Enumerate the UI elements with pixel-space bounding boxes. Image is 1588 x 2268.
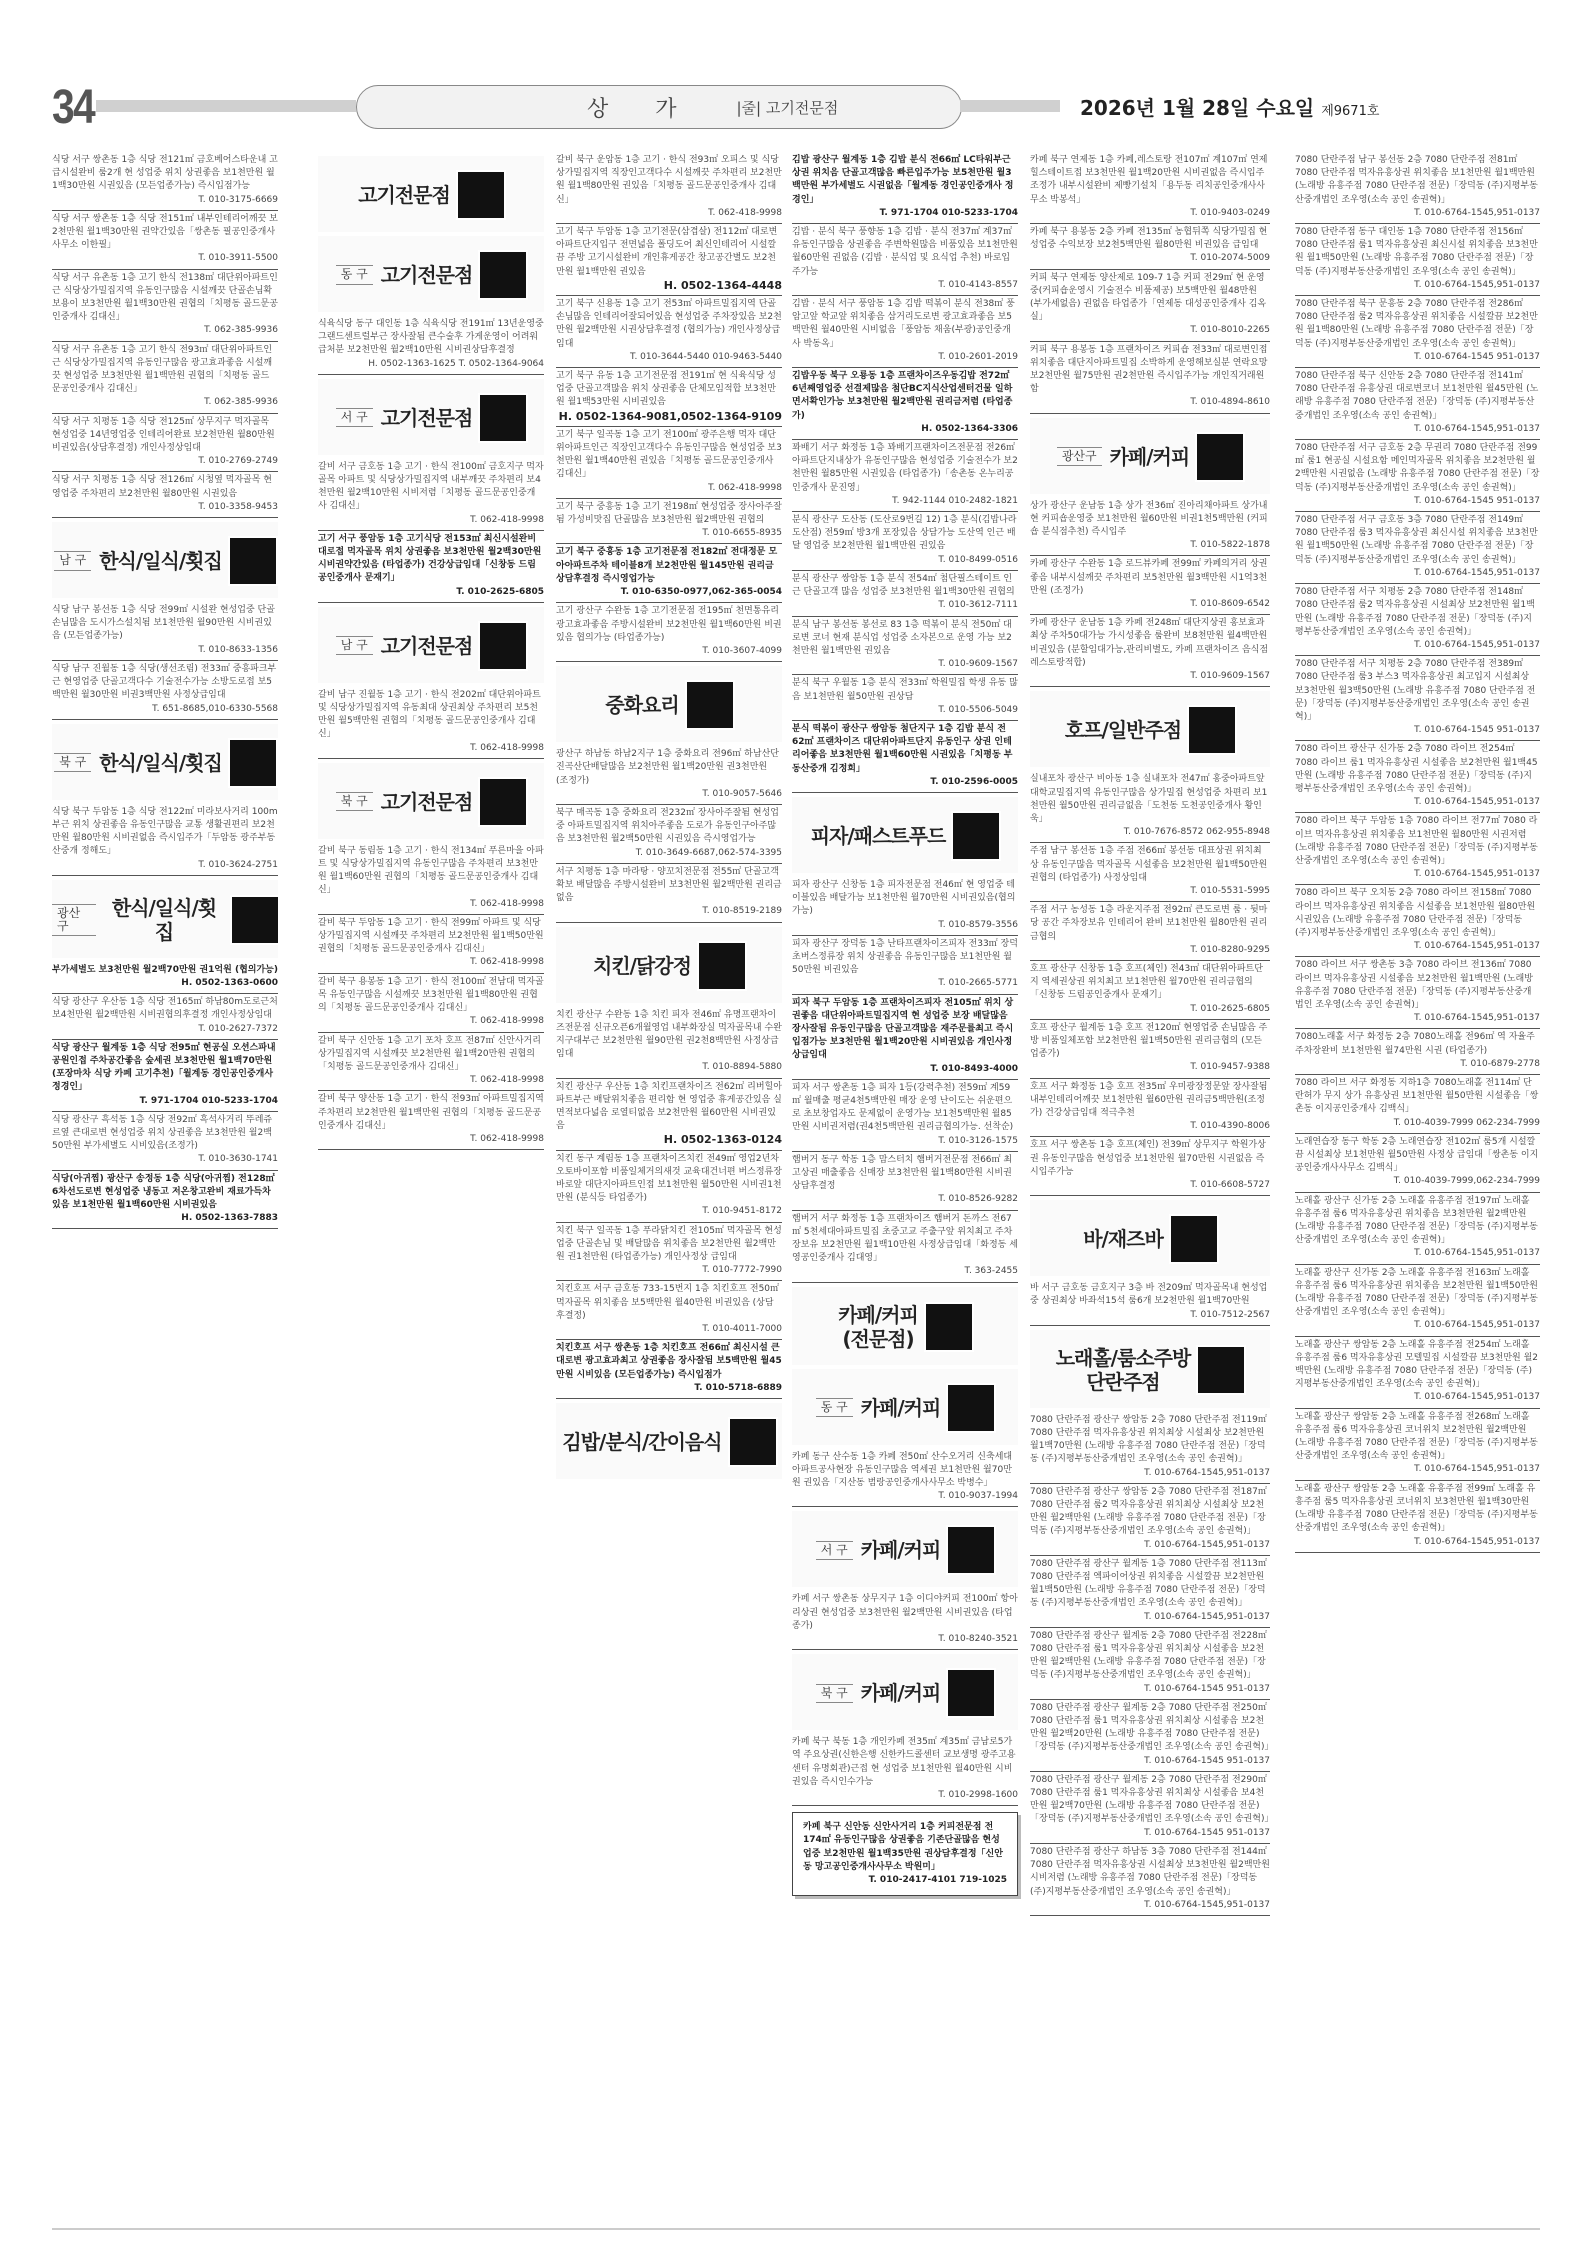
classified-ad: 식당 서구 유촌동 1층 고기 한식 전138㎡ 대단위아파트인근 식당상가밀집… [52, 270, 278, 342]
classified-ad: 분식 광산구 쌍암동 1층 분식 전54㎡ 첨단필스테이트 인근 단골고객 많음… [792, 571, 1018, 617]
classified-ad: 커피 북구 용봉동 1층 프랜차이즈 커피숍 전33㎡ 대로변인접 위치좋음 대… [1030, 342, 1270, 414]
district-label: 북 구 [336, 792, 373, 811]
section-header-sec_nam: 남 구한식/일식/횟집 [52, 522, 278, 598]
ad-phone[interactable]: H. 0502-1363-0600 [52, 977, 278, 990]
ad-phone[interactable]: T. 010-6655-8935 [556, 527, 782, 540]
ad-phone[interactable]: T. 010-3624-2751 [52, 859, 278, 872]
classified-ad: 7080 단란주점 남구 봉선동 2층 7080 단란주점 전81㎡ 7080 … [1295, 152, 1540, 224]
ad-phone[interactable]: T. 010-6764-1545,951-0137 [1295, 279, 1540, 292]
classified-ad: 7080 단란주점 서구 금호동 3층 7080 단란주점 전149㎡ 7080… [1295, 512, 1540, 584]
ad-phone[interactable]: T. 062-418-9998 [318, 514, 544, 527]
ad-text: 고기 북구 두암동 1층 고기전문(삼겹살) 전112㎡ 대로변 아파트단지입구… [556, 227, 777, 277]
ad-phone[interactable]: T. 010-8499-0516 [792, 554, 1018, 567]
ad-text: 분식 남구 봉선동 봉선로 83 1층 떡볶이 분식 전50㎡ 대로변 코너 현… [792, 620, 1012, 656]
qr-code-icon[interactable] [1197, 434, 1243, 480]
ad-text: 광산구 하남동 하남2지구 1층 중화요리 전96㎡ 하남산단 진곡산단배달많음… [556, 749, 779, 785]
ad-text: 분식 광산구 도산동 (도산로9번길 12) 1층 분식(김밥나라 도산점) 전… [792, 515, 1016, 551]
ad-text: 호프 서구 화정동 1층 호프 전35㎡ 우미광장정문앞 장사잘됨 내부인테리어… [1030, 1082, 1267, 1118]
ad-phone[interactable]: T. 010-2627-7372 [52, 1023, 278, 1036]
ad-text: 커피 북구 연제동 양산제로 109-7 1층 커피 전29㎡ 현 운영중(커피… [1030, 273, 1266, 323]
ad-text: 식당 광산구 월계동 1층 식당 전95㎡ 현공실 오션스파내 공원인접 주차공… [52, 1043, 276, 1093]
ad-text: 치킨 광산구 우산동 1층 치킨프랜차이즈 전62㎡ 리버힐아파트부근 배달위치… [556, 1082, 782, 1132]
ad-phone[interactable]: T. 010-3612-7111 [792, 599, 1018, 612]
ad-phone[interactable]: T. 010-8579-3556 [792, 919, 1018, 932]
ad-text: 실내포차 광산구 비아동 1층 실내포차 전47㎡ 홍중아파트앞 대학교밀집지역… [1030, 774, 1267, 824]
column-4: 김밥 광산구 월계동 1층 김밥 분식 전66㎡ LC타워부근 상권 위치음 단… [792, 152, 1018, 1902]
ad-text: 식당(아귀찜) 광산구 송정동 1층 식당(아귀찜) 전128㎡ 6차선도로변 … [52, 1174, 275, 1210]
classified-ad: 7080 단란주점 광산구 하남동 3층 7080 단란주점 전144㎡ 708… [1030, 1844, 1270, 1916]
classified-ad: 치킨 광산구 우산동 1층 치킨프랜차이즈 전62㎡ 리버힐아파트부근 배달위치… [556, 1079, 782, 1151]
category-title: 호프/일반주점 [1065, 718, 1181, 742]
ad-text: 피자 광산구 신창동 1층 피자전문점 전46㎡ 현 영업중 테이블있음 배달가… [792, 880, 1015, 916]
classified-ad: 갈비 북구 양산동 1층 고기 · 한식 전93㎡ 아파트밀집지역 주차편리 보… [318, 1091, 544, 1150]
classified-ad: 고기 북구 중흥동 1층 고기 전198㎡ 현성업중 장사아주잘됨 가성비맛집 … [556, 499, 782, 545]
ad-phone[interactable]: T. 010-9457-9388 [1030, 1061, 1270, 1074]
ad-phone[interactable]: T. 010-6764-1545,951-0137 [1295, 1391, 1540, 1404]
section-header-sec_bar: 바/재즈바 [1030, 1200, 1270, 1276]
classified-ad: 7080 라이브 서구 화정동 지하1층 7080노래홀 전114㎡ 단란허가 … [1295, 1075, 1540, 1134]
classified-ad: 노래연습장 동구 학동 2층 노래연습장 전102㎡ 룸5개 시설깔끔 시설최상… [1295, 1134, 1540, 1193]
ad-phone[interactable]: T. 010-9057-5646 [556, 788, 782, 801]
ad-phone[interactable]: T. 010-2074-5009 [1030, 252, 1270, 265]
classified-ad: 고기 북구 중흥동 1층 고기전문점 전182㎡ 전대정문 모아아파트주차 테이… [556, 544, 782, 603]
ad-text: 김밥 · 분식 서구 풍암동 1층 김밥 떡볶이 분식 전38㎡ 풍암고앞 학교… [792, 299, 1015, 349]
ad-phone[interactable]: T. 010-6764-1545,951-0137 [1030, 1539, 1270, 1552]
section-header-sec_hof: 호프/일반주점 [1030, 691, 1270, 767]
classified-ad: 식당 광산구 우산동 1층 식당 전165㎡ 하남80m도로근처 보4천만원 월… [52, 994, 278, 1040]
ad-phone[interactable]: T. 010-6608-5727 [1030, 1179, 1270, 1192]
ad-phone[interactable]: T. 010-9451-8172 [556, 1205, 782, 1218]
ad-phone[interactable]: T. 010-6764-1545 951-0137 [1030, 1755, 1270, 1768]
ad-phone[interactable]: T. 010-6764-1545 951-0137 [1295, 495, 1540, 508]
qr-code-icon[interactable] [699, 943, 745, 989]
ad-phone[interactable]: T. 010-7676-8572 062-955-8948 [1030, 826, 1270, 839]
ad-phone[interactable]: T. 010-6764-1545,951-0137 [1295, 1012, 1540, 1025]
classified-ad: 카페 동구 산수동 1층 카페 전50㎡ 산수오거리 신축세대아파트공사현장 유… [792, 1449, 1018, 1508]
ad-phone[interactable]: T. 062-385-9936 [52, 324, 278, 337]
classified-ad: 피자 서구 쌍촌동 1층 피자 1등(강력추천) 전59㎡ 계59㎡ 월매출 평… [792, 1080, 1018, 1152]
ad-phone[interactable]: T. 971-1704 010-5233-1704 [52, 1095, 278, 1108]
category-title: 카페/커피 [861, 1396, 941, 1420]
qr-code-icon[interactable] [730, 1419, 776, 1465]
ad-phone[interactable]: T. 010-4039-7999,062-234-7999 [1295, 1175, 1540, 1188]
ad-text: 식당 서구 치평동 1층 식당 전126㎡ 시청옆 먹자골목 현 영업중 주차편… [52, 475, 272, 498]
classified-ad: 식당 서구 쌍촌동 1층 식당 전151㎡ 내부인테리어깨끗 보2천만원 월1백… [52, 211, 278, 270]
classified-ad: 호프 서구 쌍촌동 1층 호프(체인) 전39㎡ 상무지구 학원가상권 유동인구… [1030, 1137, 1270, 1196]
ad-phone[interactable]: T. 010-2998-1600 [792, 1789, 1018, 1802]
ad-text: 식당 서구 유촌동 1층 고기 한식 전138㎡ 대단위아파트인근 식당상가밀집… [52, 273, 278, 323]
section-banner: 상 가 |줄| 고기전문점 [356, 85, 962, 129]
ad-phone[interactable]: T. 062-418-9998 [318, 742, 544, 755]
ad-text: 식당 광산구 흑석동 1층 식당 전92㎡ 흑석사거리 뚜레쥬르옆 큰대로변 현… [52, 1115, 272, 1151]
section-header-sec_china: 중화요리 [556, 666, 782, 742]
classified-ad: 분식 떡볶이 광산구 쌍암동 첨단지구 1층 김밥 분식 전62㎡ 프랜차이즈 … [792, 721, 1018, 793]
ad-phone[interactable]: T. 010-6764-1545,951-0137 [1030, 1467, 1270, 1480]
ad-phone[interactable]: T. 651-8685,010-6330-5568 [52, 703, 278, 716]
ad-text: 고기 북구 신용동 1층 고기 전53㎡ 아파트밀집지역 단골손님많음 인테리어… [556, 299, 782, 349]
ad-phone[interactable]: T. 010-3358-9453 [52, 501, 278, 514]
classified-ad: 갈비 북구 두암동 1층 고기 · 한식 전99㎡ 아파트 및 식당상가밀집지역… [318, 915, 544, 974]
ad-phone[interactable]: T. 010-4011-7000 [556, 1323, 782, 1336]
ad-phone[interactable]: T. 010-6764-1545 951-0137 [1030, 1827, 1270, 1840]
ad-phone[interactable]: T. 010-4390-8006 [1030, 1120, 1270, 1133]
ad-text: 식육식당 동구 대인동 1층 식육식당 전191㎡ 13년운영중 그랜드센트럴부… [318, 319, 544, 355]
ad-phone[interactable]: T. 010-8010-2265 [1030, 324, 1270, 337]
ad-phone[interactable]: T. 010-6764-1545,951-0137 [1295, 567, 1540, 580]
qr-code-icon[interactable] [953, 813, 999, 859]
page-number: 34 [52, 80, 94, 135]
classified-ad: 식당(아귀찜) 광산구 송정동 1층 식당(아귀찜) 전128㎡ 6차선도로변 … [52, 1171, 278, 1230]
section-title: 상 가 [587, 92, 697, 123]
ad-phone[interactable]: T. 010-9609-1567 [1030, 670, 1270, 683]
classified-ad: 갈비 북구 신안동 1층 고기 포차 호프 전87㎡ 신안사거리 상가밀집지역 … [318, 1033, 544, 1092]
ad-text: 식당 서구 유촌동 1층 고기 한식 전93㎡ 대단위아파트인근 식당상가밀집지… [52, 345, 272, 395]
classified-ad: 노래홀 광산구 쌍암동 2층 노래홀 유흥주점 전99㎡ 노래홀 유흥주점 룸5… [1295, 1481, 1540, 1553]
qr-code-icon[interactable] [948, 1527, 994, 1573]
classified-ad: 식당 서구 쌍촌동 1층 식당 전121㎡ 금호베어스타운내 고급시설완비 룸2… [52, 152, 278, 211]
qr-code-icon[interactable] [1198, 1347, 1244, 1393]
ad-phone[interactable]: T. 010-4143-8557 [792, 279, 1018, 292]
issue-date: 2026년 1월 28일 수요일 제9671호 [1080, 92, 1379, 121]
section-header-sec_main: 고기전문점 [318, 156, 544, 232]
ad-text: 7080 단란주점 광산구 쌍암동 2층 7080 단란주점 전119㎡ 708… [1030, 1415, 1267, 1465]
classified-ad: 7080 단란주점 광산구 월계동 2층 7080 단란주점 전290㎡ 708… [1030, 1772, 1270, 1844]
ad-text: 고기 북구 중흥동 1층 고기전문점 전182㎡ 전대정문 모아아파트주차 테이… [556, 547, 777, 583]
column-6: 7080 단란주점 남구 봉선동 2층 7080 단란주점 전81㎡ 7080 … [1295, 152, 1540, 1553]
column-1: 식당 서구 쌍촌동 1층 식당 전121㎡ 금호베어스타운내 고급시설완비 룸2… [52, 152, 278, 1229]
ad-text: 분식 북구 우월동 1층 분식 전33㎡ 학원밀집 학생 유동 많음 보1천만원… [792, 678, 1018, 701]
ad-text: 카페 광산구 운남동 1층 카페 전248㎡ 대단지상권 홍보효과최상 주차50… [1030, 618, 1268, 668]
ad-phone[interactable]: T. 062-418-9998 [318, 1074, 544, 1087]
ad-phone[interactable]: T. 010-3175-6669 [52, 194, 278, 207]
qr-code-icon[interactable] [458, 172, 504, 218]
ad-phone[interactable]: T. 062-418-9998 [556, 207, 782, 220]
classified-ad: 노래홀 광산구 신가동 2층 노래홀 유흥주점 전163㎡ 노래홀 유흥주점 룸… [1295, 1265, 1540, 1337]
header-rule-right [960, 100, 1060, 112]
classified-ad: 갈비 북구 용봉동 1층 고기 · 한식 전100㎡ 전남대 먹자골목 유동인구… [318, 974, 544, 1033]
ad-phone[interactable]: T. 010-6764-1545 951-0137 [1030, 1683, 1270, 1696]
ad-phone[interactable]: T. 010-5822-1878 [1030, 539, 1270, 552]
classified-ad: 7080 라이브 북구 두암동 1층 7080 라이브 전77㎡ 7080 라이… [1295, 813, 1540, 885]
category-title: 카페/커피 [861, 1681, 941, 1705]
qr-code-icon[interactable] [230, 538, 276, 584]
classified-ad: 바 서구 금호동 금호지구 3층 바 전209㎡ 먹자골목내 현성업중 상권최상… [1030, 1280, 1270, 1326]
ad-phone[interactable]: H. 0502-1363-0124 [556, 1133, 782, 1146]
classified-ad: 고기 광산구 수완동 1층 고기전문점 전195㎡ 천면통유리 광고효과좋음 주… [556, 603, 782, 662]
ad-phone[interactable]: H. 0502-1363-7883 [52, 1212, 278, 1225]
ad-text: 갈비 서구 금호동 1층 고기 · 한식 전100㎡ 금호지구 먹자골목 아파트… [318, 462, 544, 512]
ad-text: 고기 광산구 수완동 1층 고기전문점 전195㎡ 천면통유리 광고효과좋음 주… [556, 606, 782, 642]
ad-text: 갈비 북구 양산동 1층 고기 · 한식 전93㎡ 아파트밀집지역 주차편리 보… [318, 1094, 544, 1130]
ad-phone[interactable]: T. 010-2625-6805 [1030, 1003, 1270, 1016]
classified-ad: 7080 라이브 광산구 신가동 2층 7080 라이브 전254㎡ 7080 … [1295, 741, 1540, 813]
ad-phone[interactable]: T. 010-8493-4000 [792, 1063, 1018, 1076]
ad-text: 북구 매곡동 1층 중화요리 전232㎡ 장사아주잘됨 현성업중 아파트밀집지역… [556, 808, 779, 844]
ad-phone[interactable]: T. 010-4894-8610 [1030, 396, 1270, 409]
ad-text: 갈비 북구 운암동 1층 고기 · 한식 전93㎡ 오피스 및 식당상가밀집지역… [556, 155, 782, 205]
ad-phone[interactable]: T. 010-6764-1545,951-0137 [1030, 1899, 1270, 1912]
classified-ad: 식당 남구 진월동 1층 식당(생선조림) 전33㎡ 중흥파크부근 현영업중 단… [52, 661, 278, 720]
column-3: 갈비 북구 운암동 1층 고기 · 한식 전93㎡ 오피스 및 식당상가밀집지역… [556, 152, 782, 1483]
qr-code-icon[interactable] [230, 740, 276, 786]
ad-phone[interactable]: T. 010-5531-5995 [1030, 885, 1270, 898]
column-2: 고기전문점동 구고기전문점식육식당 동구 대인동 1층 식육식당 전191㎡ 1… [318, 152, 544, 1150]
ad-phone[interactable]: T. 010-6764-1545,951-0137 [1030, 1611, 1270, 1624]
ad-text: 7080 단란주점 광산구 월계동 2층 7080 단란주점 전250㎡ 708… [1030, 1703, 1273, 1753]
classified-ad: 7080 라이브 서구 쌍촌동 3층 7080 라이브 전136㎡ 7080 라… [1295, 957, 1540, 1029]
ad-phone[interactable]: T. 062-418-9998 [318, 1015, 544, 1028]
classified-ad: 김밥우동 북구 오룡동 1층 프랜차이즈우동김밥 전72㎡ 6년째영업중 선결제… [792, 368, 1018, 440]
ad-phone[interactable]: T. 010-6764-1545 951-0137 [1295, 724, 1540, 737]
ad-phone[interactable]: T. 010-9403-0249 [1030, 207, 1270, 220]
district-label: 남 구 [54, 551, 91, 570]
classified-ad: 주점 서구 농성동 1층 라운지주점 전92㎡ 큰도로변 룸 · 뒷마당 공간 … [1030, 902, 1270, 961]
district-label: 북 구 [54, 753, 91, 772]
classified-ad: 서구 치평동 1층 마라탕 · 양꼬치전문점 전55㎡ 단골고객확보 배달많음 … [556, 864, 782, 923]
ad-text: 커피 북구 용봉동 1층 프랜차이즈 커피숍 전33㎡ 대로변인접 위치좋음 대… [1030, 345, 1268, 395]
classified-ad: 갈비 남구 진월동 1층 고기 · 한식 전202㎡ 대단위아파트 및 식당상가… [318, 687, 544, 759]
classified-ad: 카페 북구 북동 1층 개인카페 전35㎡ 계35㎡ 금남로5가역 주요상권(신… [792, 1734, 1018, 1806]
ad-text: 7080노래홀 서구 화정동 2층 7080노래홀 전96㎡ 역 자율주 주차장… [1295, 1032, 1535, 1055]
ad-text: 갈비 북구 용봉동 1층 고기 · 한식 전100㎡ 전남대 먹자골목 유동인구… [318, 977, 544, 1013]
classified-ad: 치킨호프 서구 쌍촌동 1층 치킨호프 전66㎡ 최신시설 큰대로변 광고효과최… [556, 1340, 782, 1399]
district-label: 서 구 [816, 1541, 853, 1560]
section-header-sec_pizza: 피자/패스트푸드 [792, 797, 1018, 873]
ad-phone[interactable]: T. 062-385-9936 [52, 396, 278, 409]
district-label: 동 구 [336, 265, 373, 284]
ad-phone[interactable]: T. 010-5506-5049 [792, 704, 1018, 717]
ad-text: 치킨 동구 계림동 1층 프랜차이즈치킨 전49㎡ 영업2년차 오토바이포함 비… [556, 1154, 782, 1204]
classified-ad: 7080 라이브 북구 오치동 2층 7080 라이브 전158㎡ 7080 라… [1295, 885, 1540, 957]
ad-text: 노래연습장 동구 학동 2층 노래연습장 전102㎡ 룸5개 시설깔끔 시설최상… [1295, 1137, 1538, 1173]
ad-phone[interactable]: H. 0502-1363-1625 T. 0502-1364-9064 [318, 358, 544, 371]
category-title: 바/재즈바 [1083, 1227, 1163, 1251]
ad-phone[interactable]: T. 010-3607-4099 [556, 645, 782, 658]
ad-phone[interactable]: T. 010-2625-6805 [318, 586, 544, 599]
classified-ad: 카페 북구 용봉동 2층 카페 전135㎡ 농협뒤쪽 식당가밀집 현성업중 수익… [1030, 224, 1270, 270]
classified-ad: 주점 남구 봉선동 1층 주점 전66㎡ 봉선동 대표상권 위치최상 유동인구많… [1030, 843, 1270, 902]
ad-phone[interactable]: H. 0502-1364-4448 [556, 279, 782, 292]
classified-ad: 치킨 동구 계림동 1층 프랜차이즈치킨 전49㎡ 영업2년차 오토바이포함 비… [556, 1151, 782, 1223]
ad-text: 식당 서구 치평동 1층 식당 전125㎡ 상무지구 먹자골목 현성업중 14년… [52, 417, 275, 453]
category-title: 중화요리 [605, 693, 678, 717]
ad-text: 주점 남구 봉선동 1층 주점 전66㎡ 봉선동 대표상권 위치최상 유동인구많… [1030, 846, 1267, 882]
classified-ad: 갈비 서구 금호동 1층 고기 · 한식 전100㎡ 금호지구 먹자골목 아파트… [318, 459, 544, 531]
ad-phone[interactable]: T. 010-6764-1545,951-0137 [1295, 796, 1540, 809]
ad-phone[interactable]: T. 010-6764-1545,951-0137 [1295, 423, 1540, 436]
category-title: 카페/커피(전문점) [838, 1303, 918, 1351]
section-header-sec_nam: 남 구고기전문점 [318, 607, 544, 683]
ad-text: 7080 단란주점 남구 봉선동 2층 7080 단란주점 전81㎡ 7080 … [1295, 155, 1538, 205]
ad-phone[interactable]: T. 062-418-9998 [318, 1133, 544, 1146]
ad-text: 노래홀 광산구 쌍암동 2층 노래홀 유흥주점 전254㎡ 노래홀 유흥주점 룸… [1295, 1340, 1538, 1390]
qr-code-icon[interactable] [948, 1385, 994, 1431]
ad-text: 7080 단란주점 서구 금호동 3층 7080 단란주점 전149㎡ 7080… [1295, 515, 1538, 565]
ad-phone[interactable]: T. 010-3126-1575 [792, 1135, 1018, 1148]
category-title: 김밥/분식/간이음식 [562, 1430, 721, 1454]
section-header-sec_buk: 북 구한식/일식/횟집 [52, 724, 278, 800]
classified-ad: 식당 서구 치평동 1층 식당 전125㎡ 상무지구 먹자골목 현성업중 14년… [52, 414, 278, 473]
ad-phone[interactable]: T. 062-418-9998 [318, 956, 544, 969]
ad-phone[interactable]: T. 010-8609-6542 [1030, 598, 1270, 611]
classified-ad: 분식 남구 봉선동 봉선로 83 1층 떡볶이 분식 전50㎡ 대로변 코너 현… [792, 617, 1018, 676]
classified-ad: 분식 북구 우월동 1층 분식 전33㎡ 학원밀집 학생 유동 많음 보1천만원… [792, 675, 1018, 721]
ad-text: 갈비 북구 두암동 1층 고기 · 한식 전99㎡ 아파트 및 식당상가밀집지역… [318, 918, 544, 954]
ad-phone[interactable]: T. 010-8240-3521 [792, 1633, 1018, 1646]
classified-ad: 식당 남구 봉선동 1층 식당 전99㎡ 시설완 현성업중 단골손님많음 도시가… [52, 602, 278, 661]
ad-phone[interactable]: T. 010-7772-7990 [556, 1264, 782, 1277]
ad-phone[interactable]: T. 010-2596-0005 [792, 776, 1018, 789]
ad-text: 피자 서구 쌍촌동 1층 피자 1등(강력추천) 전59㎡ 계59㎡ 월매출 평… [792, 1083, 1013, 1133]
classified-ad: 고기 북구 신용동 1층 고기 전53㎡ 아파트밀집지역 단골손님많음 인테리어… [556, 296, 782, 368]
ad-text: 7080 단란주점 광산구 월계동 2층 7080 단란주점 전228㎡ 708… [1030, 1631, 1267, 1681]
district-label: 남 구 [336, 636, 373, 655]
subsection-title: |줄| 고기전문점 [737, 97, 839, 118]
ad-phone[interactable]: T. 010-3630-1741 [52, 1153, 278, 1166]
category-title: 고기전문점 [381, 263, 473, 287]
qr-code-icon[interactable] [1189, 707, 1235, 753]
ad-phone[interactable]: T. 010-2417-4101 719-1025 [803, 1874, 1007, 1887]
ad-phone[interactable]: T. 010-9037-1994 [792, 1490, 1018, 1503]
ad-phone[interactable]: T. 062-418-9998 [318, 898, 544, 911]
qr-code-icon[interactable] [687, 682, 733, 728]
ad-phone[interactable]: T. 010-6764-1545,951-0137 [1295, 868, 1540, 881]
ad-phone[interactable]: T. 010-8519-2189 [556, 905, 782, 918]
section-header-sec_gwangsan: 광산구한식/일식/횟집 [52, 880, 278, 958]
ad-text: 분식 떡볶이 광산구 쌍암동 첨단지구 1층 김밥 분식 전62㎡ 프랜차이즈 … [792, 724, 1012, 774]
ad-text: 7080 단란주점 광산구 하남동 3층 7080 단란주점 전144㎡ 708… [1030, 1847, 1270, 1897]
ad-phone[interactable]: T. 010-6764-1545 951-0137 [1295, 351, 1540, 364]
ad-phone[interactable]: T. 010-6764-1545,951-0137 [1295, 1247, 1540, 1260]
section-header-sec_dong: 동 구고기전문점 [318, 236, 544, 312]
qr-code-icon[interactable] [232, 897, 278, 943]
classified-ad: 식육식당 동구 대인동 1층 식육식당 전191㎡ 13년운영중 그랜드센트럴부… [318, 316, 544, 375]
column-5: 카페 북구 연제동 1층 카페,레스토랑 전107㎡ 계107㎡ 연제힐스테이트… [1030, 152, 1270, 1916]
classified-ad: 식당 북구 두암동 1층 식당 전122㎡ 미라보사거리 100m부근 위치 상… [52, 804, 278, 876]
classified-ad: 김밥 · 분식 북구 풍향동 1층 김밥 · 분식 전37㎡ 계37㎡ 유동인구… [792, 224, 1018, 296]
district-label: 동 구 [816, 1398, 853, 1417]
classified-ad: 식당 서구 유촌동 1층 고기 한식 전93㎡ 대단위아파트인근 식당상가밀집지… [52, 342, 278, 414]
ad-phone[interactable]: H. 0502-1364-3306 [792, 423, 1018, 436]
classified-ad: 북구 매곡동 1층 중화요리 전232㎡ 장사아주잘됨 현성업중 아파트밀집지역… [556, 805, 782, 864]
ad-phone[interactable]: T. 010-9609-1567 [792, 658, 1018, 671]
ad-phone[interactable]: T. 010-6764-1545,951-0137 [1295, 1319, 1540, 1332]
ad-phone[interactable]: T. 010-8894-5880 [556, 1061, 782, 1074]
ad-phone[interactable]: T. 010-6764-1545,951-0137 [1295, 1463, 1540, 1476]
ad-phone[interactable]: T. 010-2769-2749 [52, 455, 278, 468]
ad-phone[interactable]: T. 010-8633-1356 [52, 644, 278, 657]
ad-text: 카페 북구 용봉동 2층 카페 전135㎡ 농협뒤쪽 식당가밀집 현성업중 수익… [1030, 227, 1267, 250]
ad-text: 고기 북구 일곡동 1층 고기 전100㎡ 광주은행 먹자 대단위아파트인근 직… [556, 430, 782, 480]
ad-phone[interactable]: H. 0502-1364-9081,0502-1364-9109 [556, 410, 782, 423]
ad-text: 김밥 광산구 월계동 1층 김밥 분식 전66㎡ LC타워부근 상권 위치음 단… [792, 155, 1014, 205]
district-label: 북 구 [816, 1684, 853, 1703]
ad-text: 고기 서구 풍암동 1층 고기식당 전153㎡ 최신시설완비 대로접 먹자골목 … [318, 534, 541, 584]
classified-ad: 7080 단란주점 광산구 월계동 1층 7080 단란주점 전113㎡ 708… [1030, 1556, 1270, 1628]
ad-phone[interactable]: T. 010-8526-9282 [792, 1193, 1018, 1206]
ad-text: 부가세별도 보3천만원 월2백70만원 권1억원 (협의가능) [52, 965, 278, 975]
classified-ad: 갈비 북구 동림동 1층 고기 · 한식 전134㎡ 푸른마을 아파트 및 식당… [318, 843, 544, 915]
classified-ad: 카페 북구 연제동 1층 카페,레스토랑 전107㎡ 계107㎡ 연제힐스테이트… [1030, 152, 1270, 224]
classified-ad: 피자 광산구 장덕동 1층 난타프랜차이즈피자 전33㎡ 장덕초버스정류장 위치… [792, 936, 1018, 995]
ad-phone[interactable]: T. 010-3649-6687,062-574-3395 [556, 847, 782, 860]
qr-code-icon[interactable] [948, 1670, 994, 1716]
ad-text: 노래홀 광산구 쌍암동 2층 노래홀 유흥주점 전99㎡ 노래홀 유흥주점 룸5… [1295, 1484, 1538, 1534]
ad-phone[interactable]: T. 010-6764-1545,951-0137 [1295, 639, 1540, 652]
ad-text: 노래홀 광산구 쌍암동 2층 노래홀 유흥주점 전268㎡ 노래홀 유흥주점 룸… [1295, 1412, 1538, 1462]
ad-text: 7080 단란주점 북구 신안동 2층 7080 단란주점 전141㎡ 7080… [1295, 371, 1538, 421]
ad-phone[interactable]: T. 062-418-9998 [556, 482, 782, 495]
classified-ad: 노래홀 광산구 신가동 2층 노래홀 유흥주점 전197㎡ 노래홀 유흥주점 룸… [1295, 1193, 1540, 1265]
ad-phone[interactable]: T. 010-6764-1545,951-0137 [1295, 1536, 1540, 1549]
ad-text: 7080 단란주점 광산구 월계동 2층 7080 단란주점 전290㎡ 708… [1030, 1775, 1273, 1825]
classified-ad: 식당 광산구 월계동 1층 식당 전95㎡ 현공실 오션스파내 공원인접 주차공… [52, 1040, 278, 1112]
qr-code-icon[interactable] [926, 1304, 972, 1350]
ad-phone[interactable]: T. 010-6764-1545,951-0137 [1295, 207, 1540, 220]
ad-text: 7080 라이브 북구 오치동 2층 7080 라이브 전158㎡ 7080 라… [1295, 888, 1535, 938]
ad-text: 김밥우동 북구 오룡동 1층 프랜차이즈우동김밥 전72㎡ 6년째영업중 선결제… [792, 371, 1012, 421]
section-header-sec_buk: 북 구카페/커피 [792, 1654, 1018, 1730]
footer-rule [52, 2228, 1540, 2230]
qr-code-icon[interactable] [1171, 1216, 1217, 1262]
ad-phone[interactable]: T. 010-7512-2567 [1030, 1309, 1270, 1322]
classified-ad: 호프 광산구 신창동 1층 호프(체인) 전43㎡ 대단위아파트단지 역세권상권… [1030, 961, 1270, 1020]
qr-code-icon[interactable] [480, 252, 526, 298]
ad-text: 고기 북구 중흥동 1층 고기 전198㎡ 현성업중 장사아주잘됨 가성비맛집 … [556, 502, 782, 525]
classified-ad: 고기 서구 풍암동 1층 고기식당 전153㎡ 최신시설완비 대로접 먹자골목 … [318, 531, 544, 603]
qr-code-icon[interactable] [480, 623, 526, 669]
classified-ad: 상가 광산구 운남동 1층 상가 전36㎡ 진아리채아파트 상가내 현 커피숍운… [1030, 498, 1270, 557]
ad-text: 7080 라이브 서구 쌍촌동 3층 7080 라이브 전136㎡ 7080 라… [1295, 960, 1533, 1010]
category-title: 카페/커피 [861, 1538, 941, 1562]
ad-phone[interactable]: T. 010-3911-5500 [52, 252, 278, 265]
classified-ad: 7080 단란주점 광산구 월계동 2층 7080 단란주점 전228㎡ 708… [1030, 1628, 1270, 1700]
qr-code-icon[interactable] [480, 779, 526, 825]
classified-ad: 피자 광산구 신창동 1층 피자전문점 전46㎡ 현 영업중 테이블있음 배달가… [792, 877, 1018, 936]
category-title: 고기전문점 [381, 634, 473, 658]
ad-phone[interactable]: T. 010-6350-0977,062-365-0054 [556, 586, 782, 599]
ad-phone[interactable]: T. 010-5718-6889 [556, 1382, 782, 1395]
ad-phone[interactable]: T. 363-2455 [792, 1265, 1018, 1278]
ad-phone[interactable]: T. 010-3644-5440 010-9463-5440 [556, 351, 782, 364]
classified-ad: 7080노래홀 서구 화정동 2층 7080노래홀 전96㎡ 역 자율주 주차장… [1295, 1029, 1540, 1075]
section-header-sec_seo: 서 구카페/커피 [792, 1511, 1018, 1587]
ad-text: 7080 단란주점 동구 대인동 1층 7080 단란주점 전156㎡ 7080… [1295, 227, 1538, 277]
date-text: 2026년 1월 28일 수요일 [1080, 96, 1314, 120]
ad-text: 햄버거 동구 학동 1층 맘스터치 햄버거전문점 전66㎡ 최고상권 매출좋음 … [792, 1155, 1012, 1191]
classified-ad: 고기 북구 유동 1층 고기전문점 전191㎡ 현 식육식당 성업중 단골고객많… [556, 368, 782, 427]
ad-phone[interactable]: T. 010-4039-7999 062-234-7999 [1295, 1117, 1540, 1130]
ad-phone[interactable]: T. 971-1704 010-5233-1704 [792, 207, 1018, 220]
ad-phone[interactable]: T. 010-6764-1545,951-0137 [1295, 940, 1540, 953]
ad-text: 주점 서구 농성동 1층 라운지주점 전92㎡ 큰도로변 룸 · 뒷마당 공간 … [1030, 905, 1267, 941]
classified-ad: 실내포차 광산구 비아동 1층 실내포차 전47㎡ 홍중아파트앞 대학교밀집지역… [1030, 771, 1270, 843]
ad-phone[interactable]: T. 010-6879-2778 [1295, 1058, 1540, 1071]
ad-text: 7080 라이브 북구 두암동 1층 7080 라이브 전77㎡ 7080 라이… [1295, 816, 1538, 866]
classified-ad: 호프 서구 화정동 1층 호프 전35㎡ 우미광장정문앞 장사잘됨 내부인테리어… [1030, 1079, 1270, 1138]
classified-ad: 7080 단란주점 광산구 쌍암동 2층 7080 단란주점 전119㎡ 708… [1030, 1412, 1270, 1484]
ad-phone[interactable]: T. 010-2665-5771 [792, 977, 1018, 990]
ad-text: 피자 북구 두암동 1층 프랜차이즈피자 전105㎡ 위치 상권좋음 대단위아파… [792, 998, 1013, 1061]
ad-phone[interactable]: T. 942-1144 010-2482-1821 [792, 495, 1018, 508]
ad-phone[interactable]: T. 010-2601-2019 [792, 351, 1018, 364]
ad-text: 치킨호프 서구 금호동 733-15번지 1층 치킨호프 전50㎡ 먹자골목 위… [556, 1284, 779, 1320]
category-title: 노래홀/룸소주방단란주점 [1056, 1346, 1191, 1394]
ad-text: 7080 단란주점 서구 치평동 2층 7080 단란주점 전148㎡ 7080… [1295, 587, 1535, 637]
classified-ad: 햄버거 서구 화정동 1층 프랜차이즈 햄버거 돈까스 전67㎡ 5천세대아파트… [792, 1211, 1018, 1283]
ad-phone[interactable]: T. 010-8280-9295 [1030, 944, 1270, 957]
qr-code-icon[interactable] [480, 395, 526, 441]
